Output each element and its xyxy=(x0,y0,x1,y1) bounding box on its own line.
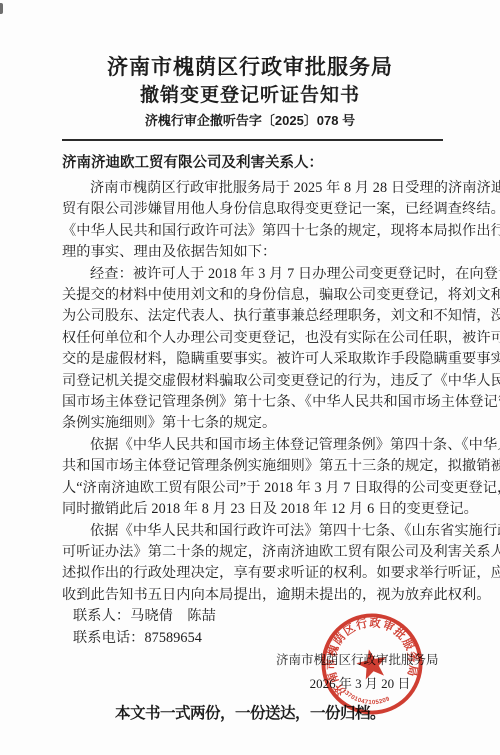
footer-note: 本文书一式两份，一份送达，一份归档。 xyxy=(0,701,500,723)
document-number: 济槐行审企撤听告字〔2025〕078 号 xyxy=(0,112,500,130)
body-line: 依据《中华人民共和国行政许可法》第四十七条、《山东省实施行政许 xyxy=(62,521,454,542)
body-line: 收到此告知书五日内向本局提出，逾期未提出的，视为放弃此权利。 xyxy=(62,585,454,606)
body-line: 交的是虚假材料，隐瞒重要事实。被许可人采取欺诈手段隐瞒重要事实向公 xyxy=(62,349,454,370)
contact-person: 联系人：马晓倩 陈喆 xyxy=(62,606,454,627)
signature-org: 济南市槐荫区行政审批服务局 xyxy=(276,650,434,668)
body-line: 共和国市场主体登记管理条例实施细则》第五十三条的规定，拟撤销被许可 xyxy=(62,456,454,477)
body-line: 《中华人民共和国行政许可法》第四十七条的规定，现将本局拟作出行政处 xyxy=(62,221,454,242)
document-title: 撤销变更登记听证告知书 xyxy=(0,82,500,109)
body-line: 国市场主体登记管理条例》第十七条、《中华人民共和国市场主体登记管理 xyxy=(62,392,454,413)
signature-date: 2026 年 3 月 20 日 xyxy=(306,673,414,692)
header-divider xyxy=(62,139,443,141)
body-line: 贸有限公司涉嫌冒用他人身份信息取得变更登记一案，已经调查终结。根据 xyxy=(62,199,454,220)
salutation: 济南济迪欧工贸有限公司及利害关系人： xyxy=(62,151,454,175)
document-body: 济南济迪欧工贸有限公司及利害关系人： 济南市槐荫区行政审批服务局于 2025 年… xyxy=(62,151,454,649)
issuing-authority-title: 济南市槐荫区行政审批服务局 xyxy=(0,53,500,82)
scan-artifact xyxy=(0,3,3,14)
body-line: 人“济南济迪欧工贸有限公司”于 2018 年 3 月 7 日取得的公司变更登记， xyxy=(62,478,454,499)
body-line: 关提交的材料中使用刘文和的身份信息，骗取公司变更登记，将刘文和登记 xyxy=(62,285,454,306)
body-line: 司登记机关提交虚假材料骗取公司变更登记的行为，违反了《中华人民共和 xyxy=(62,371,454,392)
contact-phone: 联系电话：87589654 xyxy=(62,628,454,649)
document-page: 济南市槐荫区行政审批服务局 撤销变更登记听证告知书 济槐行审企撤听告字〔2025… xyxy=(0,0,500,755)
body-line: 为公司股东、法定代表人、执行董事兼总经理职务，刘文和不知情，没有授 xyxy=(62,306,454,327)
body-line: 述拟作出的行政处理决定，享有要求听证的权利。如要求举行听证，应当在 xyxy=(62,563,454,584)
body-line: 权任何单位和个人办理公司变更登记，也没有实际在公司任职，被许可人提 xyxy=(62,328,454,349)
body-line: 依据《中华人民共和国市场主体登记管理条例》第四十条、《中华人民 xyxy=(62,435,454,456)
body-line: 经查：被许可人于 2018 年 3 月 7 日办理公司变更登记时，在向登记机 xyxy=(62,264,454,285)
body-line: 理的事实、理由及依据告知如下： xyxy=(62,242,454,263)
document-header: 济南市槐荫区行政审批服务局 撤销变更登记听证告知书 济槐行审企撤听告字〔2025… xyxy=(0,53,500,130)
body-line: 可听证办法》第二十条的规定，济南济迪欧工贸有限公司及利害关系人对上 xyxy=(62,542,454,563)
body-line: 济南市槐荫区行政审批服务局于 2025 年 8 月 28 日受理的济南济迪欧工 xyxy=(62,178,454,199)
body-line: 条例实施细则》第十七条的规定。 xyxy=(62,413,454,434)
body-line: 同时撤销此后 2018 年 8 月 23 日及 2018 年 12 月 6 日的… xyxy=(62,499,454,520)
